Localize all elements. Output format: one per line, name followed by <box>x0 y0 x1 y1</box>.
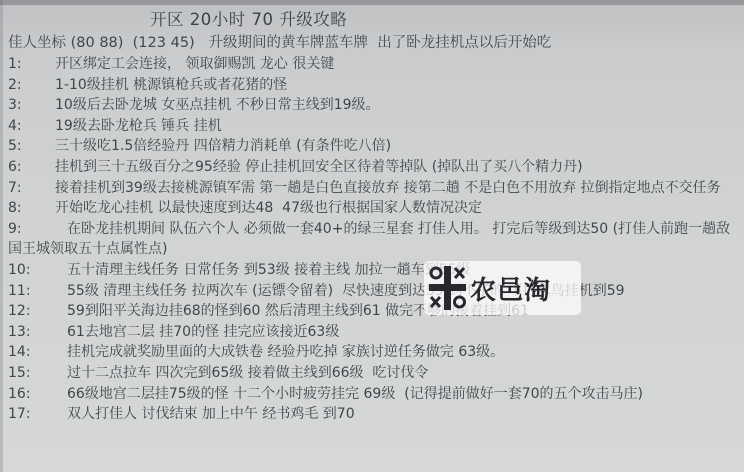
step-number: 16: <box>8 384 67 405</box>
step-number: 9: <box>8 219 67 240</box>
step-number: 8: <box>8 198 55 219</box>
step-text: 挂机到三十五级百分之95经验 停止挂机回安全区待着等掉队 (掉队出了买八个精力丹… <box>55 159 583 175</box>
step-line: 14:挂机完成就奖励里面的大成铁卷 经验丹吃掉 家族讨逆任务做完 63级。 <box>8 342 741 363</box>
step-number: 7: <box>8 178 55 199</box>
step-line: 5:三十级吃1.5倍经验丹 四倍精力消耗单 (有条件吃八倍) <box>8 136 741 157</box>
watermark-brand: 农邑淘 <box>470 270 551 307</box>
watermark: 农邑淘 <box>424 261 581 315</box>
step-text: 双人打佳人 讨伐结束 加上中午 经书鸡毛 到70 <box>67 406 355 422</box>
step-line: 17:双人打佳人 讨伐结束 加上中午 经书鸡毛 到70 <box>8 404 741 425</box>
step-line: 2:1-10级挂机 桃源镇枪兵或者花猪的怪 <box>8 75 741 96</box>
step-number: 1: <box>8 54 55 75</box>
steps-list: 1:开区绑定工会连接， 领取御赐凯 龙心 很关键 2:1-10级挂机 桃源镇枪兵… <box>8 54 741 425</box>
step-line: 4:19级去卧龙枪兵 锤兵 挂机 <box>8 116 741 137</box>
step-line: 12:59到阳平关海边挂68的怪到60 然后清理主线到61 做完不够的接着挂到6… <box>8 301 741 322</box>
step-text: 过十二点拉车 四次完到65级 接着做主线到66级 吃讨伐令 <box>67 365 428 381</box>
window-left-edge <box>0 0 3 472</box>
step-text: 接着挂机到39级去接桃源镇军需 第一趟是白色直接放弃 接第二趟 不是白色不用放弃… <box>55 180 721 196</box>
page-title: 开区 20小时 70 升级攻略 <box>0 5 744 31</box>
step-line: 1:开区绑定工会连接， 领取御赐凯 龙心 很关键 <box>8 54 741 75</box>
rice-cross-logo-icon <box>429 265 466 311</box>
coords-line: 佳人坐标 (80 88) (123 45) 升级期间的黄车牌蓝车牌 出了卧龙挂机… <box>0 31 744 53</box>
step-line: 13:61去地宫二层 挂70的怪 挂完应该接近63级 <box>8 322 741 343</box>
step-text: 开始吃龙心挂机 以最快速度到达48 47级也行根据国家人数情况决定 <box>55 200 482 216</box>
step-line: 11:55级 清理主线任务 拉两次车 (运镖令留着) 尽快速度到达59 到不了的… <box>8 281 741 302</box>
step-number: 17: <box>8 404 67 425</box>
step-line: 15:过十二点拉车 四次完到65级 接着做主线到66级 吃讨伐令 <box>8 363 741 384</box>
guide-screenshot: 开区 20小时 70 升级攻略 佳人坐标 (80 88) (123 45) 升级… <box>0 0 744 472</box>
step-line: 6:挂机到三十五级百分之95经验 停止挂机回安全区待着等掉队 (掉队出了买八个精… <box>8 157 741 178</box>
step-line: 9:在卧龙挂机期间 队伍六个人 必须做一套40+的绿三星套 打佳人用。 打完后等… <box>8 219 741 260</box>
step-number: 14: <box>8 342 67 363</box>
step-text: 61去地宫二层 挂70的怪 挂完应该接近63级 <box>67 324 339 340</box>
step-text: 66级地宫二层挂75级的怪 十二个小时疲劳挂完 69级 (记得提前做好一套70的… <box>67 386 643 402</box>
step-line: 3:10级后去卧龙城 女巫点挂机 不秒日常主线到19级。 <box>8 95 741 116</box>
step-number: 12: <box>8 301 67 322</box>
guide-document: 开区 20小时 70 升级攻略 佳人坐标 (80 88) (123 45) 升级… <box>0 5 744 53</box>
step-number: 13: <box>8 322 67 343</box>
step-number: 4: <box>8 116 55 137</box>
step-number: 6: <box>8 157 55 178</box>
step-text: 五十清理主线任务 日常任务 到53级 接着主线 加拉一趟车到55级 <box>67 262 470 278</box>
step-text: 三十级吃1.5倍经验丹 四倍精力消耗单 (有条件吃八倍) <box>55 138 391 154</box>
step-text: 1-10级挂机 桃源镇枪兵或者花猪的怪 <box>55 77 287 93</box>
step-number: 11: <box>8 281 67 302</box>
step-number: 2: <box>8 75 55 96</box>
step-line: 10:五十清理主线任务 日常任务 到53级 接着主线 加拉一趟车到55级 <box>8 260 741 281</box>
step-number: 5: <box>8 136 55 157</box>
step-text: 19级去卧龙枪兵 锤兵 挂机 <box>55 118 222 134</box>
step-number: 10: <box>8 260 67 281</box>
step-text: 10级后去卧龙城 女巫点挂机 不秒日常主线到19级。 <box>55 97 380 113</box>
step-number: 15: <box>8 363 67 384</box>
step-number: 3: <box>8 95 55 116</box>
step-text: 在卧龙挂机期间 队伍六个人 必须做一套40+的绿三星套 打佳人用。 打完后等级到… <box>8 221 730 258</box>
step-line: 8:开始吃龙心挂机 以最快速度到达48 47级也行根据国家人数情况决定 <box>8 198 741 219</box>
step-text: 开区绑定工会连接， 领取御赐凯 龙心 很关键 <box>55 56 334 72</box>
step-line: 7:接着挂机到39级去接桃源镇军需 第一趟是白色直接放弃 接第二趟 不是白色不用… <box>8 178 741 199</box>
step-line: 16:66级地宫二层挂75级的怪 十二个小时疲劳挂完 69级 (记得提前做好一套… <box>8 384 741 405</box>
step-text: 挂机完成就奖励里面的大成铁卷 经验丹吃掉 家族讨逆任务做完 63级。 <box>67 344 504 360</box>
